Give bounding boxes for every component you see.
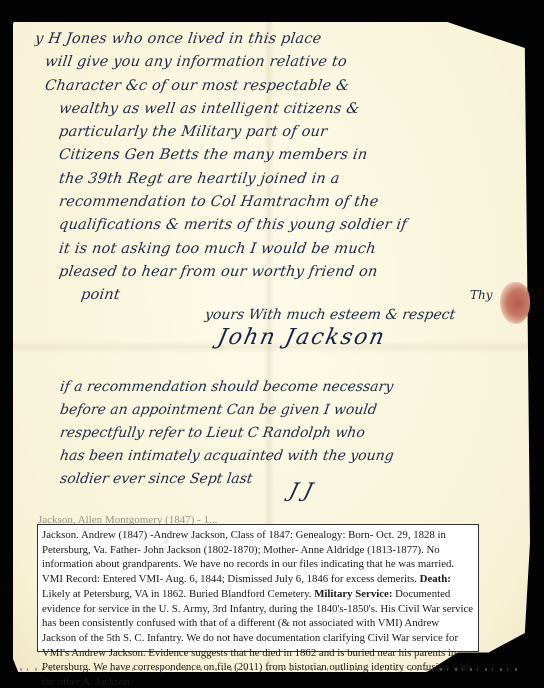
postscript-line: has been intimately acquainted with the … bbox=[58, 445, 501, 468]
scanned-document: y H Jones who once lived in this place w… bbox=[0, 0, 544, 688]
postscript-line: soldier ever since Sept last bbox=[58, 468, 501, 491]
letter-line: particularly the Military part of our bbox=[33, 121, 506, 144]
postscript-line: if a recommendation should become necess… bbox=[58, 376, 501, 399]
signature: John Jackson bbox=[215, 325, 388, 350]
caption-military-text: Documented evidence for service in the U… bbox=[42, 588, 473, 688]
archival-caption: Jackson. Andrew (1847) -Andrew Jackson, … bbox=[37, 524, 479, 652]
letter-line: qualifications & merits of this young so… bbox=[33, 214, 506, 237]
caption-cutoff-line: Jackson, Allen Montgomery (1847) - 1... bbox=[38, 516, 218, 524]
scan-noise bbox=[20, 668, 520, 671]
letter-line: Character &c of our most respectable & bbox=[33, 75, 506, 98]
postscript-line: respectfully refer to Lieut C Randolph w… bbox=[58, 422, 501, 445]
letter-body: y H Jones who once lived in this place w… bbox=[35, 28, 505, 308]
letter-line: pleased to hear from our worthy friend o… bbox=[33, 261, 506, 284]
letter-line: Citizens Gen Betts the many members in bbox=[33, 144, 506, 167]
closing-superscript: Thy bbox=[470, 288, 493, 302]
letter-line: y H Jones who once lived in this place bbox=[33, 28, 506, 51]
caption-heading: Jackson. Andrew (1847) bbox=[42, 529, 147, 541]
letter-line: wealthy as well as intelligent citizens … bbox=[33, 98, 506, 121]
caption-death-label: Death: bbox=[420, 573, 451, 585]
letter-line: point bbox=[33, 284, 506, 307]
postscript: if a recommendation should become necess… bbox=[60, 376, 500, 491]
caption-death-text: Likely at Petersburg, VA in 1862. Buried… bbox=[42, 588, 314, 600]
letter-line: the 39th Regt are heartily joined in a bbox=[33, 168, 506, 191]
letter-closing: yours With much esteem & respect bbox=[204, 307, 456, 323]
letter-line: will give you any information relative t… bbox=[33, 51, 506, 74]
caption-military-label: Military Service: bbox=[314, 588, 392, 600]
letter-line: it is not asking too much I would be muc… bbox=[33, 238, 506, 261]
postscript-line: before an appointment Can be given I wou… bbox=[58, 399, 501, 422]
letter-line: recommendation to Col Hamtrachm of the bbox=[33, 191, 506, 214]
